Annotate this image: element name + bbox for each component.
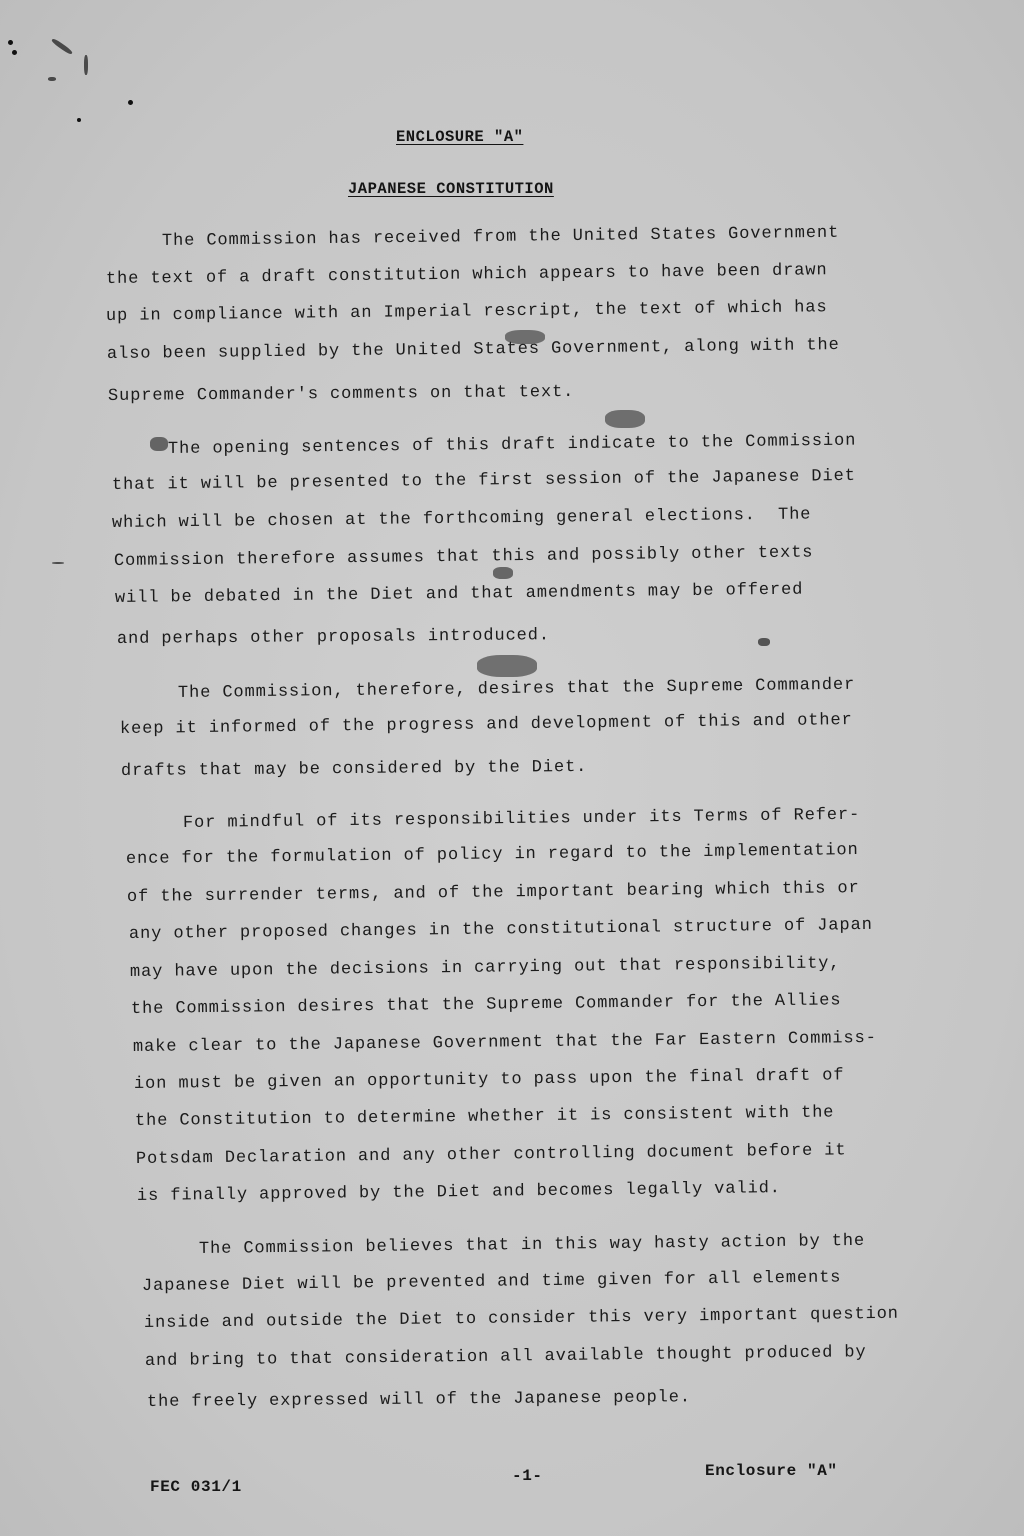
text-line: and bring to that consideration all avai… bbox=[145, 1343, 867, 1371]
text-line: any other proposed changes in the consti… bbox=[129, 916, 873, 944]
text-line: Potsdam Declaration and any other contro… bbox=[136, 1141, 847, 1169]
document-reference: FEC 031/1 bbox=[150, 1478, 242, 1496]
text-line: The Commission has received from the Uni… bbox=[162, 224, 839, 251]
text-line: keep it informed of the progress and dev… bbox=[120, 711, 853, 739]
text-line: Supreme Commander's comments on that tex… bbox=[108, 383, 574, 406]
text-line: The Commission believes that in this way… bbox=[199, 1232, 865, 1259]
text-line: Commission therefore assumes that this a… bbox=[114, 543, 814, 571]
text-line: up in compliance with an Imperial rescri… bbox=[106, 298, 828, 326]
text-line: that it will be presented to the first s… bbox=[112, 467, 856, 495]
text-line: the Commission desires that the Supreme … bbox=[131, 991, 842, 1019]
text-line: of the surrender terms, and of the impor… bbox=[127, 879, 860, 907]
text-line: For mindful of its responsibilities unde… bbox=[183, 806, 860, 833]
text-line: The opening sentences of this draft indi… bbox=[168, 432, 856, 459]
text-line: may have upon the decisions in carrying … bbox=[130, 954, 841, 982]
text-line: also been supplied by the United States … bbox=[107, 336, 840, 364]
text-line: is finally approved by the Diet and beco… bbox=[137, 1179, 781, 1206]
text-line: the text of a draft constitution which a… bbox=[106, 261, 828, 289]
text-line: ence for the formulation of policy in re… bbox=[126, 841, 859, 869]
text-line: the freely expressed will of the Japanes… bbox=[147, 1388, 691, 1412]
enclosure-heading: ENCLOSURE "A" bbox=[396, 128, 523, 146]
text-line: which will be chosen at the forthcoming … bbox=[112, 505, 812, 533]
text-line: make clear to the Japanese Government th… bbox=[133, 1029, 877, 1057]
page-number: -1- bbox=[512, 1467, 543, 1485]
text-line: the Constitution to determine whether it… bbox=[135, 1103, 835, 1131]
text-line: will be debated in the Diet and that ame… bbox=[115, 581, 803, 608]
text-line: ion must be given an opportunity to pass… bbox=[134, 1066, 845, 1094]
text-line: inside and outside the Diet to consider … bbox=[144, 1305, 899, 1333]
text-line: Japanese Diet will be prevented and time… bbox=[142, 1268, 842, 1296]
footer-enclosure-label: Enclosure "A" bbox=[705, 1462, 838, 1480]
text-line: and perhaps other proposals introduced. bbox=[117, 626, 550, 649]
text-line: drafts that may be considered by the Die… bbox=[121, 758, 587, 781]
document-page: ENCLOSURE "A" JAPANESE CONSTITUTION The … bbox=[0, 0, 1024, 1536]
text-line: The Commission, therefore, desires that … bbox=[178, 676, 855, 703]
document-title: JAPANESE CONSTITUTION bbox=[348, 180, 554, 198]
